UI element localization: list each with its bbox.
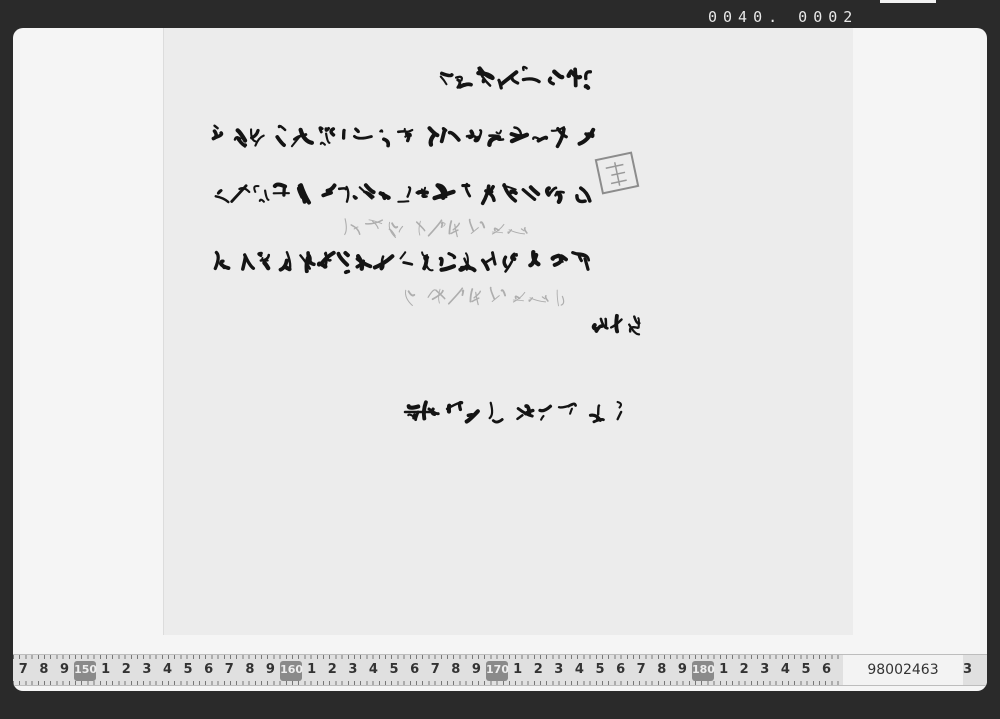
ruler-number: 8 — [34, 661, 55, 681]
ruler-number: 9 — [466, 661, 487, 681]
ruler-numbers: 7891501234567891601234567891701234567891… — [13, 661, 843, 681]
ruler-number: 7 — [219, 661, 240, 681]
ruler-number: 2 — [322, 661, 343, 681]
ruler-number: 9 — [260, 661, 281, 681]
ruler-number: 6 — [404, 661, 425, 681]
ruler-number: 7 — [425, 661, 446, 681]
ruler-number: 1 — [95, 661, 116, 681]
ruler-number: 2 — [528, 661, 549, 681]
ruler-number: 7 — [631, 661, 652, 681]
scan-sheet: 7891501234567891601234567891701234567891… — [13, 28, 987, 691]
ruler-end-number: 3 — [963, 662, 972, 677]
ruler-number: 9 — [54, 661, 75, 681]
ruler-number: 6 — [816, 661, 837, 681]
ruler-ticks-bottom — [13, 681, 843, 685]
ruler-number: 8 — [652, 661, 673, 681]
measurement-ruler: 7891501234567891601234567891701234567891… — [13, 654, 987, 686]
ruler-number: 150 — [74, 661, 96, 681]
seal-stamp-icon — [596, 153, 638, 194]
ruler-number: 1 — [507, 661, 528, 681]
ruler-number: 5 — [796, 661, 817, 681]
ruler-number: 8 — [240, 661, 261, 681]
ruler-number: 2 — [734, 661, 755, 681]
film-tab — [880, 0, 936, 3]
ruler-number: 4 — [569, 661, 590, 681]
ruler-number: 4 — [775, 661, 796, 681]
ruler-number: 3 — [549, 661, 570, 681]
frame-counter: 0040. 0002 — [708, 8, 858, 26]
scan-id-label: 98002463 — [843, 655, 963, 685]
ruler-number: 170 — [486, 661, 508, 681]
ruler-number: 6 — [198, 661, 219, 681]
ruler-number: 6 — [610, 661, 631, 681]
ruler-number: 5 — [178, 661, 199, 681]
ruler-number: 3 — [755, 661, 776, 681]
ruler-number: 3 — [343, 661, 364, 681]
ruler-number: 1 — [301, 661, 322, 681]
ruler-number: 4 — [157, 661, 178, 681]
ruler-number: 2 — [116, 661, 137, 681]
ruler-number: 5 — [384, 661, 405, 681]
ruler-number: 9 — [672, 661, 693, 681]
ruler-number: 180 — [692, 661, 714, 681]
ruler-number: 1 — [713, 661, 734, 681]
ruler-number: 4 — [363, 661, 384, 681]
ruler-number: 3 — [137, 661, 158, 681]
ruler-number: 8 — [446, 661, 467, 681]
ruler-number: 160 — [280, 661, 302, 681]
handwritten-text — [13, 28, 987, 648]
ruler-number: 5 — [590, 661, 611, 681]
ruler-number: 7 — [13, 661, 34, 681]
